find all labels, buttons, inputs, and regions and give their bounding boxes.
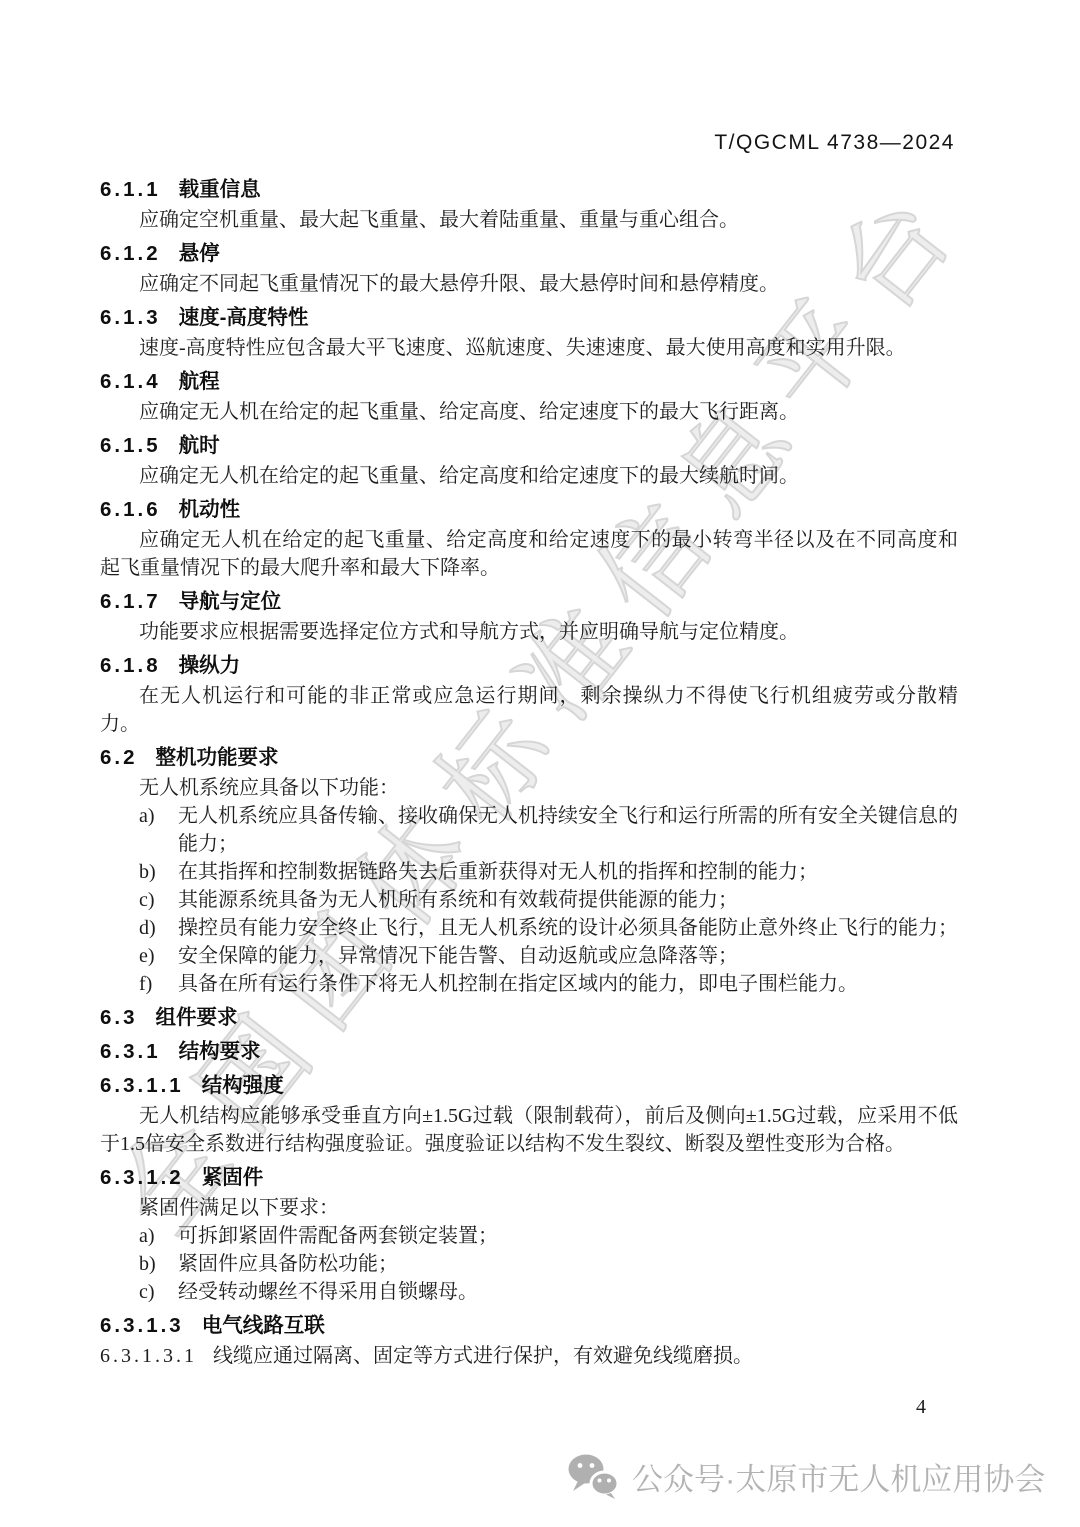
list-item-text: 具备在所有运行条件下将无人机控制在指定区域内的能力，即电子围栏能力。 [178,973,858,995]
paragraph: 应确定不同起飞重量情况下的最大悬停升限、最大悬停时间和悬停精度。 [100,270,958,298]
section-number: 6.2 [100,746,138,769]
list-item-label: a) [139,802,155,830]
section-number: 6.1.7 [100,590,161,613]
page-number: 4 [916,1396,926,1419]
section-number: 6.1.3 [100,306,161,329]
letter-list: a)可拆卸紧固件需配备两套锁定装置；b)紧固件应具备防松功能；c)经受转动螺丝不… [100,1222,958,1306]
paragraph: 应确定无人机在给定的起飞重量、给定高度、给定速度下的最大飞行距离。 [100,398,958,426]
section-heading: 6.1.8操纵力 [100,652,958,680]
section-title: 操纵力 [179,654,241,677]
list-item-label: b) [139,858,156,886]
section-number: 6.3.1.2 [100,1166,184,1189]
list-item: b)在其指挥和控制数据链路失去后重新获得对无人机的指挥和控制的能力； [100,858,958,886]
wechat-icon [566,1453,620,1499]
paragraph: 应确定空机重量、最大起飞重量、最大着陆重量、重量与重心组合。 [100,206,958,234]
paragraph: 功能要求应根据需要选择定位方式和导航方式，并应明确导航与定位精度。 [100,618,958,646]
paragraph: 应确定无人机在给定的起飞重量、给定高度和给定速度下的最大续航时间。 [100,462,958,490]
section-title: 航程 [179,370,220,393]
section-heading: 6.1.5航时 [100,432,958,460]
list-item-label: c) [139,1278,155,1306]
section-heading: 6.1.4航程 [100,368,958,396]
section-title: 机动性 [179,498,241,521]
list-item-text: 紧固件应具备防松功能； [178,1253,398,1275]
list-item-text: 可拆卸紧固件需配备两套锁定装置； [178,1225,498,1247]
section-title: 速度-高度特性 [179,306,309,329]
section-title: 组件要求 [156,1006,238,1029]
section-heading: 6.1.1载重信息 [100,176,958,204]
section-number: 6.1.6 [100,498,161,521]
list-item: e)安全保障的能力，异常情况下能告警、自动返航或应急降落等； [100,942,958,970]
paragraph: 应确定无人机在给定的起飞重量、给定高度和给定速度下的最小转弯半径以及在不同高度和… [100,526,958,582]
list-item: c)经受转动螺丝不得采用自锁螺母。 [100,1278,958,1306]
section-number: 6.3.1 [100,1040,161,1063]
paragraph: 紧固件满足以下要求： [100,1194,958,1222]
list-item-label: b) [139,1250,156,1278]
list-item-text: 在其指挥和控制数据链路失去后重新获得对无人机的指挥和控制的能力； [178,861,818,883]
paragraph: 无人机结构应能够承受垂直方向±1.5G过载（限制载荷），前后及侧向±1.5G过载… [100,1102,958,1158]
list-item-text: 无人机系统应具备传输、接收确保无人机持续安全飞行和运行所需的所有安全关键信息的能… [178,805,958,855]
clause-paragraph: 6.3.1.3.1线缆应通过隔离、固定等方式进行保护，有效避免线缆磨损。 [100,1342,958,1370]
list-item-text: 操控员有能力安全终止飞行，且无人机系统的设计必须具备能防止意外终止飞行的能力； [178,917,958,939]
section-title: 悬停 [179,242,220,265]
list-item: c)其能源系统具备为无人机所有系统和有效载荷提供能源的能力； [100,886,958,914]
list-item-text: 其能源系统具备为无人机所有系统和有效载荷提供能源的能力； [178,889,738,911]
section-number: 6.3 [100,1006,138,1029]
section-heading: 6.3.1.2紧固件 [100,1164,958,1192]
section-heading: 6.3.1.3电气线路互联 [100,1312,958,1340]
paragraph: 无人机系统应具备以下功能： [100,774,958,802]
paragraph: 速度-高度特性应包含最大平飞速度、巡航速度、失速速度、最大使用高度和实用升限。 [100,334,958,362]
document-content: 6.1.1载重信息应确定空机重量、最大起飞重量、最大着陆重量、重量与重心组合。6… [100,170,958,1370]
section-heading: 6.1.3速度-高度特性 [100,304,958,332]
section-heading: 6.2整机功能要求 [100,744,958,772]
section-number: 6.3.1.1 [100,1074,184,1097]
section-title: 载重信息 [179,178,261,201]
doc-number: T/QGCML 4738—2024 [714,131,955,155]
section-title: 电气线路互联 [202,1314,325,1337]
list-item-label: d) [139,914,156,942]
section-number: 6.1.1 [100,178,161,201]
paragraph: 在无人机运行和可能的非正常或应急运行期间，剩余操纵力不得使飞行机组疲劳或分散精力… [100,682,958,738]
section-heading: 6.1.6机动性 [100,496,958,524]
section-number: 6.1.8 [100,654,161,677]
section-title: 紧固件 [202,1166,264,1189]
section-title: 结构强度 [202,1074,284,1097]
section-title: 结构要求 [179,1040,261,1063]
list-item-label: a) [139,1222,155,1250]
list-item-label: c) [139,886,155,914]
section-title: 整机功能要求 [156,746,279,769]
section-title: 航时 [179,434,220,457]
section-heading: 6.3.1结构要求 [100,1038,958,1066]
section-heading: 6.3.1.1结构强度 [100,1072,958,1100]
section-number: 6.1.5 [100,434,161,457]
list-item-label: f) [139,970,152,998]
list-item: a)可拆卸紧固件需配备两套锁定装置； [100,1222,958,1250]
list-item-label: e) [139,942,155,970]
list-item-text: 安全保障的能力，异常情况下能告警、自动返航或应急降落等； [178,945,738,967]
wechat-footer: 公众号·太原市无人机应用协会 [566,1453,1045,1499]
section-heading: 6.1.2悬停 [100,240,958,268]
section-title: 导航与定位 [179,590,282,613]
clause-text: 线缆应通过隔离、固定等方式进行保护，有效避免线缆磨损。 [213,1345,753,1367]
section-heading: 6.1.7导航与定位 [100,588,958,616]
section-number: 6.1.2 [100,242,161,265]
section-number: 6.3.1.3 [100,1314,184,1337]
list-item-text: 经受转动螺丝不得采用自锁螺母。 [178,1281,478,1303]
section-number: 6.1.4 [100,370,161,393]
section-heading: 6.3组件要求 [100,1004,958,1032]
list-item: d)操控员有能力安全终止飞行，且无人机系统的设计必须具备能防止意外终止飞行的能力… [100,914,958,942]
document-page: 全国团体标准信息平台 T/QGCML 4738—2024 6.1.1载重信息应确… [0,0,1080,1527]
clause-number: 6.3.1.3.1 [100,1345,197,1367]
list-item: f)具备在所有运行条件下将无人机控制在指定区域内的能力，即电子围栏能力。 [100,970,958,998]
wechat-account-text: 公众号·太原市无人机应用协会 [632,1454,1045,1499]
list-item: b)紧固件应具备防松功能； [100,1250,958,1278]
letter-list: a)无人机系统应具备传输、接收确保无人机持续安全飞行和运行所需的所有安全关键信息… [100,802,958,998]
list-item: a)无人机系统应具备传输、接收确保无人机持续安全飞行和运行所需的所有安全关键信息… [100,802,958,858]
